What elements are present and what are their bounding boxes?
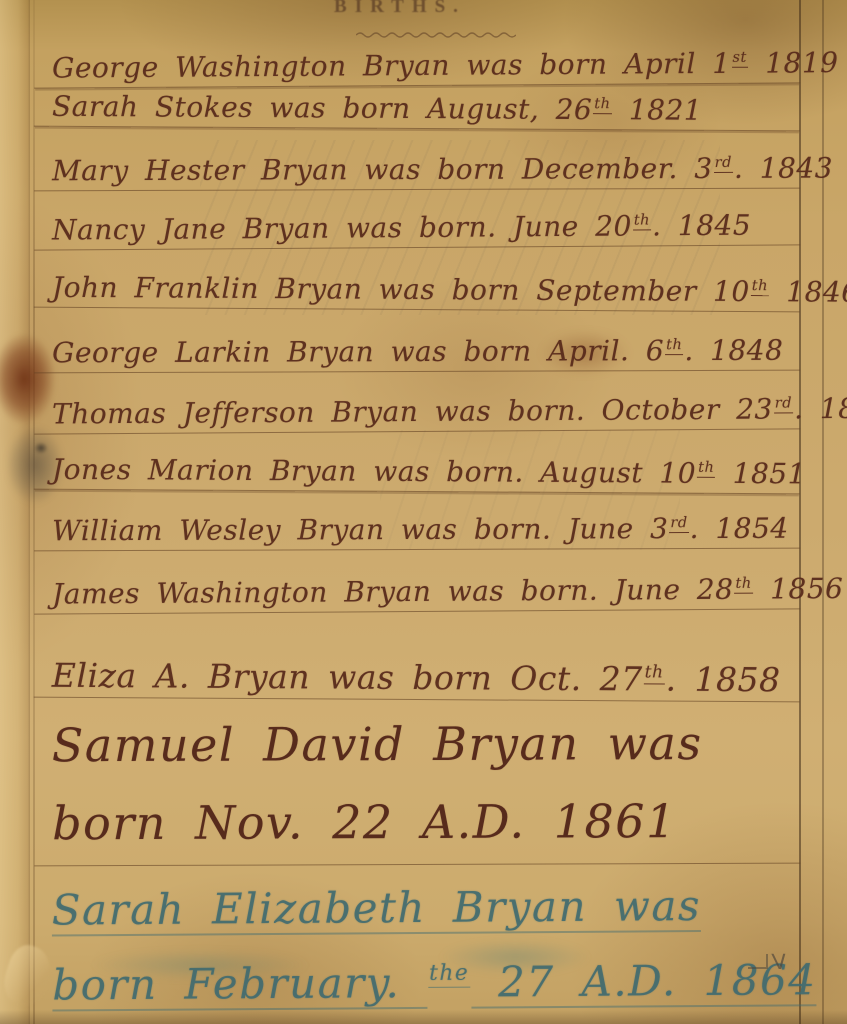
entry-text: Thomas Jefferson Bryan was born. October…: [52, 393, 773, 431]
entry-year: . 1848: [684, 334, 783, 367]
ordinal-suffix: th: [593, 95, 611, 114]
entry-text: born February.: [52, 957, 427, 1011]
birth-entries-list: George Washington Bryan was born April 1…: [34, 40, 800, 1023]
entry-text: John Franklin Bryan was born September 1…: [52, 271, 750, 308]
entry-text: James Washington Bryan was born. June 28: [52, 573, 734, 611]
entry-text: Nancy Jane Bryan was born. June 20: [52, 210, 632, 247]
squiggle-divider-icon: [356, 31, 516, 39]
birth-entry: Sarah Elizabeth Bryan was born February.…: [33, 862, 800, 1024]
birth-entry: Thomas Jefferson Bryan was born. October…: [34, 369, 800, 434]
entry-text: George Larkin Bryan was born April. 6: [52, 334, 664, 369]
entry-year: . 1854: [690, 512, 789, 545]
ordinal-suffix: th: [633, 212, 651, 231]
birth-entry: Eliza A. Bryan was born Oct. 27th. 1858: [34, 610, 801, 703]
entry-year: 1819: [749, 46, 839, 80]
ordinal-suffix: st: [731, 49, 747, 68]
birth-entry: Sarah Stokes was born August, 26th 1821: [34, 84, 800, 132]
ordinal-suffix: rd: [774, 395, 793, 414]
entry-year: . 1843: [734, 152, 833, 185]
entry-text: William Wesley Bryan was born. June 3: [52, 512, 668, 547]
entry-text: Samuel David Bryan was: [52, 716, 703, 772]
ordinal-suffix: th: [697, 459, 715, 478]
entry-text: Jones Marion Bryan was born. August 10: [52, 453, 696, 490]
birth-entry: Samuel David Bryan was born Nov. 22 A.D.…: [34, 699, 801, 867]
page-title: BIRTHS.: [0, 0, 800, 18]
birth-entry: John Franklin Bryan was born September 1…: [34, 246, 800, 313]
ordinal-suffix: th: [644, 662, 665, 684]
ordinal-suffix: the: [428, 961, 470, 988]
birth-entry: George Larkin Bryan was born April. 6th.…: [34, 309, 800, 374]
ordinal-suffix: th: [734, 575, 752, 594]
birth-entry: Jones Marion Bryan was born. August 10th…: [34, 430, 800, 495]
pencil-corner-mark: V: [748, 950, 786, 974]
entry-year: 1821: [612, 93, 702, 127]
birth-entry: Mary Hester Bryan was born December. 3rd…: [34, 128, 800, 192]
entry-text: Sarah Elizabeth Bryan was: [52, 881, 702, 937]
birth-entry: George Washington Bryan was born April 1…: [34, 37, 800, 88]
register-page: BIRTHS. George Washington Bryan was born…: [0, 0, 847, 1024]
entry-text: Mary Hester Bryan was born December. 3: [52, 152, 713, 187]
entry-year: . 1849: [794, 392, 847, 426]
entry-year: 1856: [754, 572, 844, 606]
entry-year: . 1858: [665, 659, 780, 699]
entry-text: George Washington Bryan was born April 1: [52, 47, 731, 85]
birth-entry: Nancy Jane Bryan was born. June 20th. 18…: [34, 187, 800, 250]
ordinal-suffix: th: [665, 336, 683, 355]
binding-edge: [0, 0, 30, 1024]
birth-entry: William Wesley Bryan was born. June 3rd.…: [34, 491, 800, 552]
ordinal-suffix: rd: [714, 154, 733, 173]
ordinal-suffix: th: [751, 277, 769, 296]
entry-year: 1846: [770, 275, 847, 309]
entry-text: Eliza A. Bryan was born Oct. 27: [52, 655, 643, 698]
entry-year: . 1845: [652, 209, 751, 243]
entry-year: 1851: [716, 457, 806, 491]
corner-tick-icon: [748, 954, 768, 969]
ordinal-suffix: rd: [669, 514, 688, 533]
birth-entry: James Washington Bryan was born. June 28…: [34, 547, 800, 614]
entry-text: Sarah Stokes was born August, 26: [52, 90, 592, 126]
entry-text: born Nov. 22 A.D. 1861: [52, 794, 677, 850]
pencil-v-mark: V: [771, 950, 788, 974]
